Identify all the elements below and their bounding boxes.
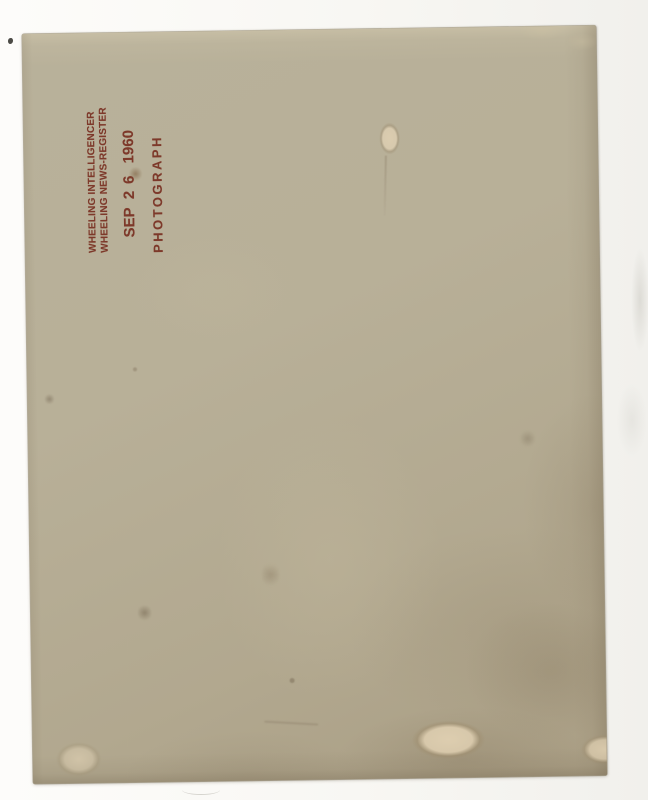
scanner-background: WHEELING INTELLIGENCER WHEELING NEWS-REG… — [0, 0, 648, 800]
smudge-right-middle — [520, 429, 535, 447]
news-date-stamp-text: WHEELING INTELLIGENCER WHEELING NEWS-REG… — [85, 117, 182, 258]
stamp-date-month: SEP — [121, 207, 138, 237]
photo-back-paper: WHEELING INTELLIGENCER WHEELING NEWS-REG… — [22, 25, 607, 783]
brown-spot-near-stamp — [129, 166, 142, 181]
news-date-stamp: WHEELING INTELLIGENCER WHEELING NEWS-REG… — [85, 117, 182, 258]
dust-speck — [8, 38, 13, 44]
stamp-photograph-label: PHOTOGRAPH — [148, 117, 165, 257]
smudge-centre — [262, 561, 279, 588]
stamp-publisher-line-1: WHEELING INTELLIGENCER — [85, 118, 99, 258]
stamp-publisher-line-2: WHEELING NEWS-REGISTER — [97, 118, 111, 258]
scanner-artifact-arc — [182, 785, 220, 795]
speck-mid-left — [133, 367, 137, 371]
dark-spot-lower-left — [137, 604, 151, 621]
faint-drip-line — [384, 156, 387, 216]
crease-mark — [264, 721, 318, 726]
smudge-left-edge — [44, 394, 54, 405]
stamp-date-year: 1960 — [119, 130, 136, 164]
stamp-date: SEP 26 1960 — [119, 117, 138, 257]
speck-lower-centre — [290, 678, 295, 683]
